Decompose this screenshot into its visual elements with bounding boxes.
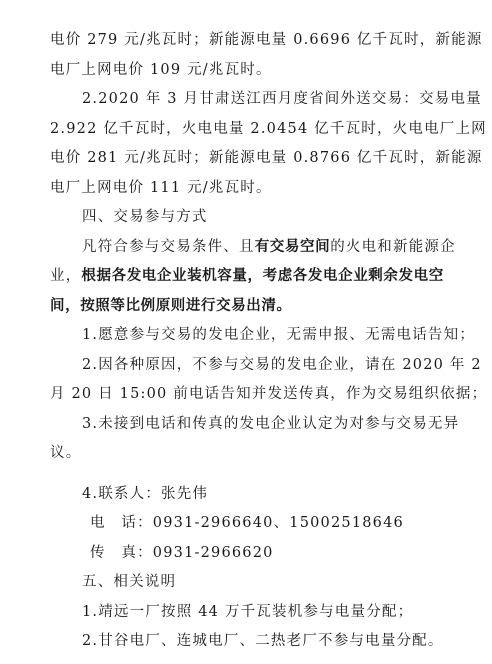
intro-text: 业， (50, 268, 81, 284)
intro-bold-text: 有交易空间 (255, 239, 331, 255)
para2-line3: 电价 281 元/兆瓦时；新能源电量 0.8766 亿千瓦时，新能源 (50, 144, 452, 174)
contact-fax: 传 真：0931-2966620 (50, 539, 452, 569)
section5-item1: 1.靖远一厂按照 44 万千瓦装机参与电量分配； (50, 598, 452, 628)
intro-text: 的火电和新能源企 (330, 239, 456, 255)
section5-item2: 2.甘谷电厂、连城电厂、二热老厂不参与电量分配。 (50, 627, 452, 657)
contact-person: 4.联系人：张先伟 (50, 480, 452, 510)
section4-heading: 四、交易参与方式 (50, 203, 452, 233)
section4-item3-line2: 议。 (50, 439, 452, 469)
intro-bold-text: 间，按照等比例原则进行交易出清。 (50, 298, 292, 314)
section4-intro-line2: 业，根据各发电企业装机容量，考虑各发电企业剩余发电空 (50, 262, 452, 292)
section4-item3-line1: 3.未接到电话和传真的发电企业认定为对参与交易无异 (50, 410, 452, 440)
section4-item1: 1.愿意参与交易的发电企业，无需申报、无需电话告知； (50, 321, 452, 351)
spacer (50, 469, 452, 480)
contact-phone: 电 话：0931-2966640、15002518646 (50, 509, 452, 539)
para1-line1: 电价 279 元/兆瓦时；新能源电量 0.6696 亿千瓦时，新能源 (50, 26, 452, 56)
section5-heading: 五、相关说明 (50, 568, 452, 598)
para2-line2: 2.922 亿千瓦时，火电电量 2.0454 亿千瓦时，火电电厂上网 (50, 115, 452, 145)
section4-intro-line1: 凡符合参与交易条件、且有交易空间的火电和新能源企 (50, 233, 452, 263)
section4-item2-line2: 月 20 日 15:00 前电话告知并发送传真，作为交易组织依据； (50, 380, 452, 410)
document-page: 电价 279 元/兆瓦时；新能源电量 0.6696 亿千瓦时，新能源 电厂上网电… (50, 26, 452, 657)
section4-intro-line3: 间，按照等比例原则进行交易出清。 (50, 292, 452, 322)
para2-line4: 电厂上网电价 111 元/兆瓦时。 (50, 174, 452, 204)
section4-item2-line1: 2.因各种原因，不参与交易的发电企业，请在 2020 年 2 (50, 351, 452, 381)
para1-line2: 电厂上网电价 109 元/兆瓦时。 (50, 56, 452, 86)
intro-bold-text: 根据各发电企业装机容量，考虑各发电企业剩余发电空 (81, 268, 443, 284)
para2-line1: 2.2020 年 3 月甘肃送江西月度省间外送交易：交易电量 (50, 85, 452, 115)
intro-text: 凡符合参与交易条件、且 (82, 239, 255, 255)
